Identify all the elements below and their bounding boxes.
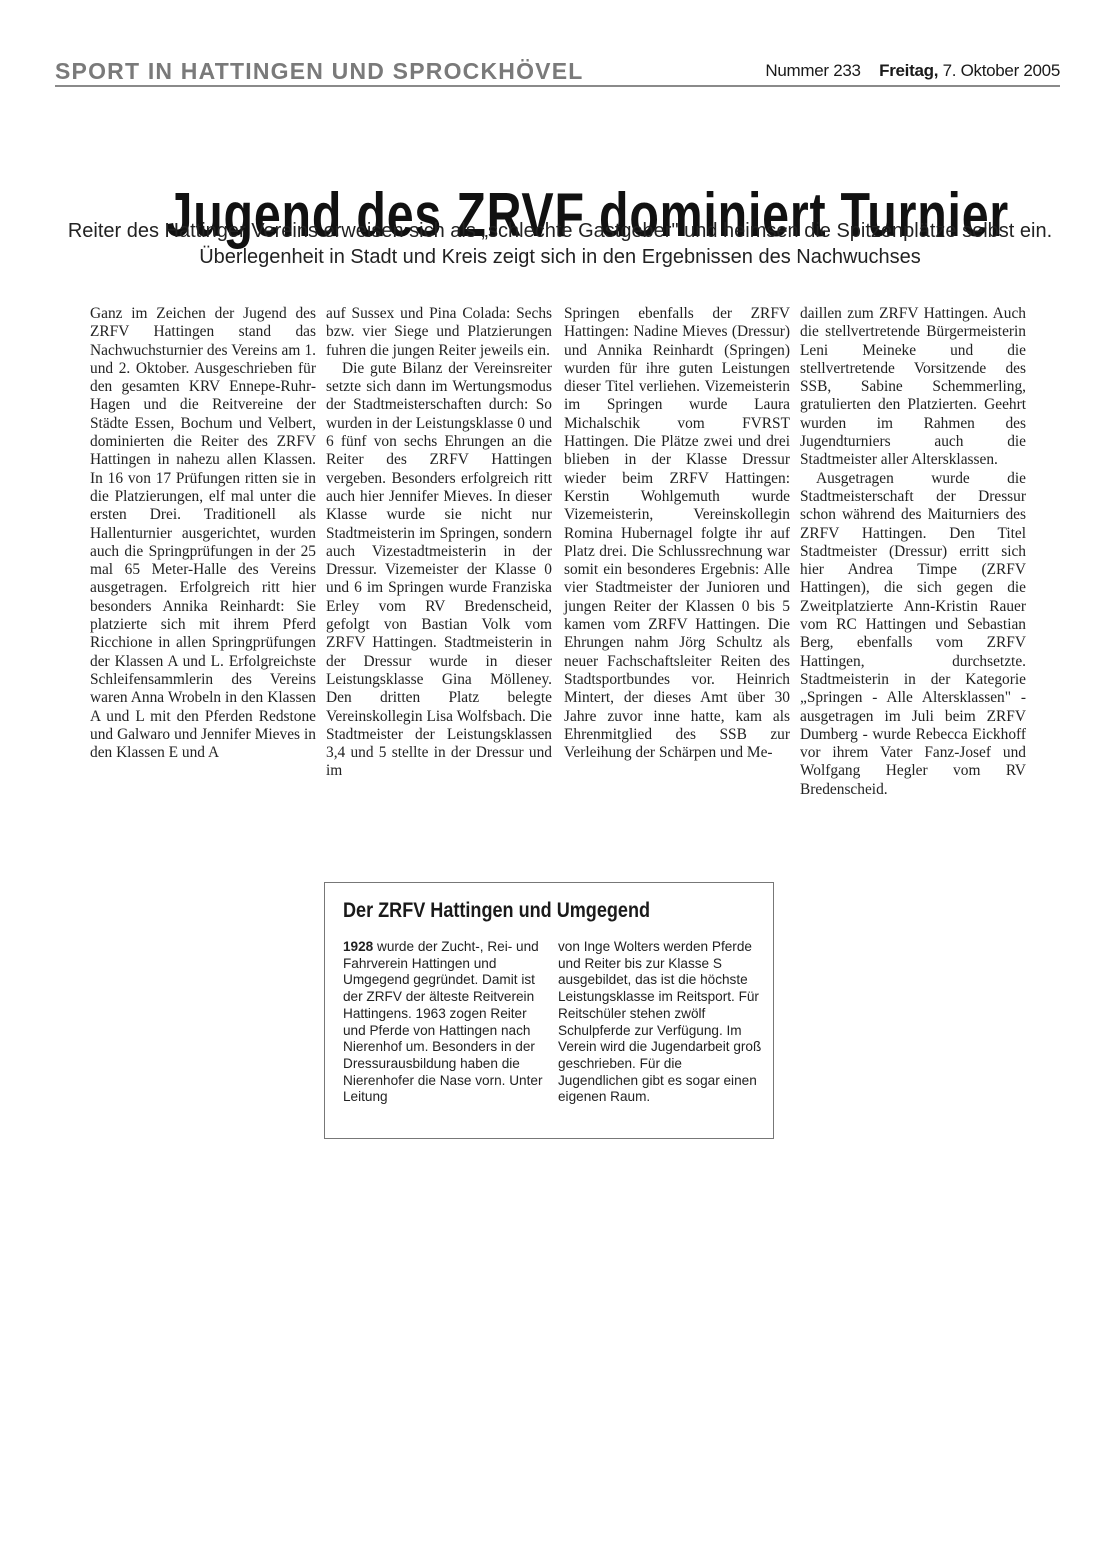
founding-year: 1928 [343, 939, 373, 954]
issue-number: Nummer 233 [765, 61, 860, 80]
info-box-text: wurde der Zucht-, Rei- und Fahrverein Ha… [343, 939, 542, 1104]
masthead: SPORT IN HATTINGEN UND SPROCKHÖVEL Numme… [55, 56, 1060, 86]
paragraph: daillen zum ZRFV Hattingen. Auch die ste… [800, 305, 1026, 470]
masthead-rule [55, 85, 1060, 87]
article-column-1: Ganz im Zeichen der Jugend des ZRFV Hatt… [90, 305, 316, 762]
paragraph: Ausgetragen wurde die Stadtmeisterschaft… [800, 470, 1026, 799]
article-column-3: Springen ebenfalls der ZRFV Hattingen: N… [564, 305, 790, 762]
article-column-4: daillen zum ZRFV Hattingen. Auch die ste… [800, 305, 1026, 799]
info-box-title: Der ZRFV Hattingen und Umgegend [343, 899, 650, 923]
info-box-column-right: von Inge Wolters werden Pferde und Reite… [558, 939, 763, 1106]
issue-weekday: Freitag, [879, 61, 938, 80]
paragraph: Springen ebenfalls der ZRFV Hattingen: N… [564, 305, 790, 762]
info-box-column-left: 1928 wurde der Zucht-, Rei- und Fahrvere… [343, 939, 548, 1106]
section-title: SPORT IN HATTINGEN UND SPROCKHÖVEL [55, 58, 584, 85]
paragraph: Die gute Bilanz der Vereinsreiter setzte… [326, 360, 552, 781]
paragraph: auf Sussex und Pina Colada: Sechs bzw. v… [326, 305, 552, 360]
info-box-paragraph: von Inge Wolters werden Pferde und Reite… [558, 939, 763, 1106]
article-column-2: auf Sussex und Pina Colada: Sechs bzw. v… [326, 305, 552, 781]
info-box-paragraph: 1928 wurde der Zucht-, Rei- und Fahrvere… [343, 939, 548, 1106]
issue-info: Nummer 233 Freitag, 7. Oktober 2005 [765, 61, 1060, 81]
article-body: Ganz im Zeichen der Jugend des ZRFV Hatt… [90, 305, 1020, 850]
subheadline: Reiter des Hattinger Vereins erweisen si… [60, 218, 1060, 270]
issue-date: 7. Oktober 2005 [943, 61, 1060, 80]
info-box: Der ZRFV Hattingen und Umgegend 1928 wur… [324, 882, 774, 1139]
paragraph: Ganz im Zeichen der Jugend des ZRFV Hatt… [90, 305, 316, 762]
